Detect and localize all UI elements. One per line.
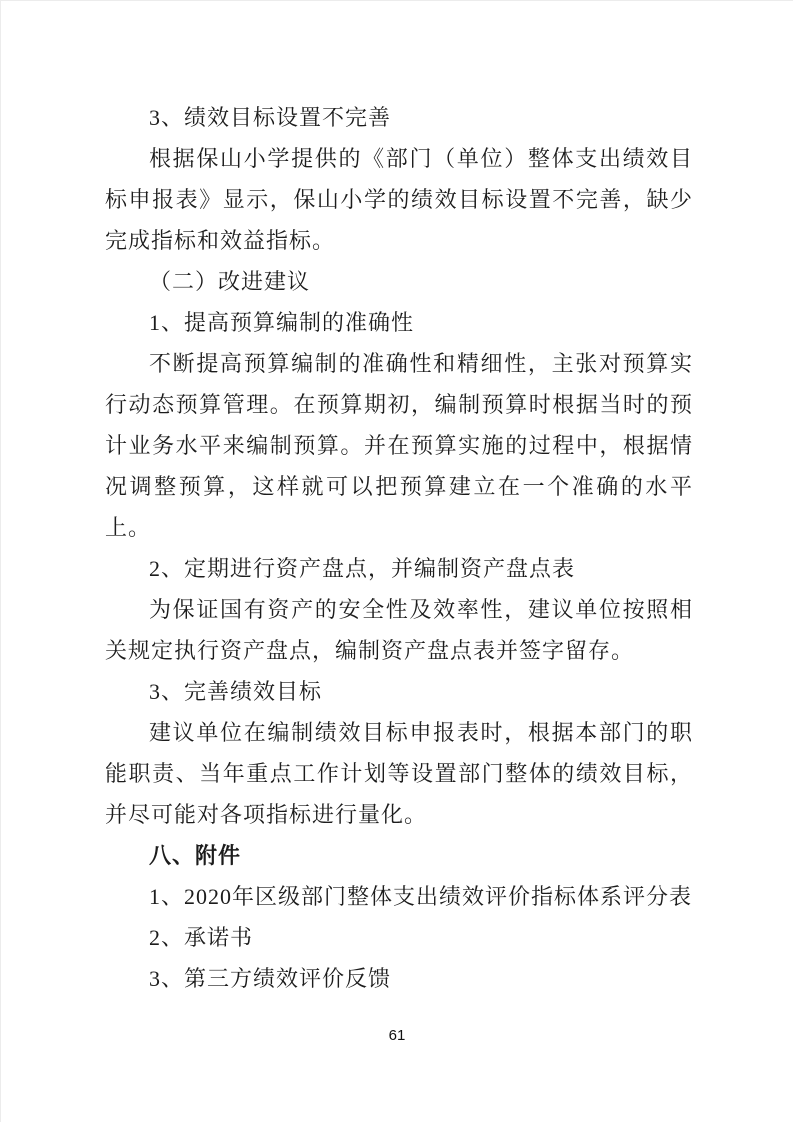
section-heading: 八、附件 — [105, 835, 693, 876]
page-number: 61 — [1, 1027, 793, 1044]
document-body: 3、绩效目标设置不完善根据保山小学提供的《部门（单位）整体支出绩效目标申报表》显… — [105, 97, 693, 999]
sub-heading: 2、定期进行资产盘点，并编制资产盘点表 — [105, 548, 693, 589]
sub-heading: 1、提高预算编制的准确性 — [105, 302, 693, 343]
body-paragraph: 不断提高预算编制的准确性和精细性，主张对预算实行动态预算管理。在预算期初，编制预… — [105, 343, 693, 548]
body-paragraph: 建议单位在编制绩效目标申报表时，根据本部门的职能职责、当年重点工作计划等设置部门… — [105, 712, 693, 835]
attachment-item: 3、第三方绩效评价反馈 — [105, 958, 693, 999]
document-page: 3、绩效目标设置不完善根据保山小学提供的《部门（单位）整体支出绩效目标申报表》显… — [0, 0, 793, 1122]
body-paragraph: 为保证国有资产的安全性及效率性，建议单位按照相关规定执行资产盘点，编制资产盘点表… — [105, 589, 693, 671]
sub-heading: （二）改进建议 — [105, 261, 693, 302]
attachment-item: 1、2020年区级部门整体支出绩效评价指标体系评分表 — [105, 876, 693, 917]
sub-heading: 3、完善绩效目标 — [105, 671, 693, 712]
sub-heading: 3、绩效目标设置不完善 — [105, 97, 693, 138]
attachment-item: 2、承诺书 — [105, 917, 693, 958]
body-paragraph: 根据保山小学提供的《部门（单位）整体支出绩效目标申报表》显示，保山小学的绩效目标… — [105, 138, 693, 261]
